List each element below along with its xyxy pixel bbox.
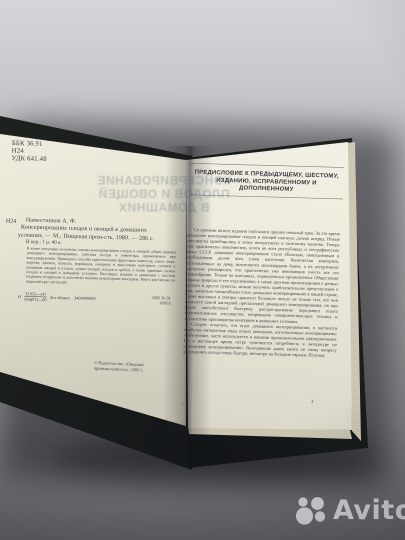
imprint-right-column: ББК 36.91 6П8.6 <box>152 295 171 305</box>
page-number: 3 <box>311 399 341 410</box>
imprint-letter: Н <box>18 294 21 299</box>
heading-top-rule <box>190 163 344 168</box>
preface-paragraph-1: Со времени пятого издания этой книги про… <box>184 227 340 326</box>
imprint-old-code: 6П8.6 <box>160 300 171 305</box>
imprint-number: 3404000000 <box>74 295 96 301</box>
avito-watermark: Avito <box>294 494 405 528</box>
book-photo: ББК 36.91 Н24 УДК 641.48 КОНСЕРВИРОВАНИЕ… <box>0 0 405 540</box>
signature-mark: 1* <box>181 402 211 411</box>
imprint-fraction: 32103—147 044(01)—80 <box>24 291 46 302</box>
heading-bottom-rule <box>189 194 343 199</box>
udk-code: УДК 641.48 <box>11 154 81 163</box>
preface-body-text: Со времени пятого издания этой книги про… <box>187 227 405 482</box>
preface-heading: ПРЕДИСЛОВИЕ К ПРЕДЫДУЩЕМУ, ШЕСТОМУ, ИЗДА… <box>190 163 405 227</box>
preface-paragraph-2: Следует отметить, что опыт домашнего кон… <box>183 321 337 359</box>
avito-wordmark: Avito <box>333 494 405 528</box>
avito-logo-icon <box>294 494 328 528</box>
imprint-middle: без объявл. <box>50 295 71 301</box>
